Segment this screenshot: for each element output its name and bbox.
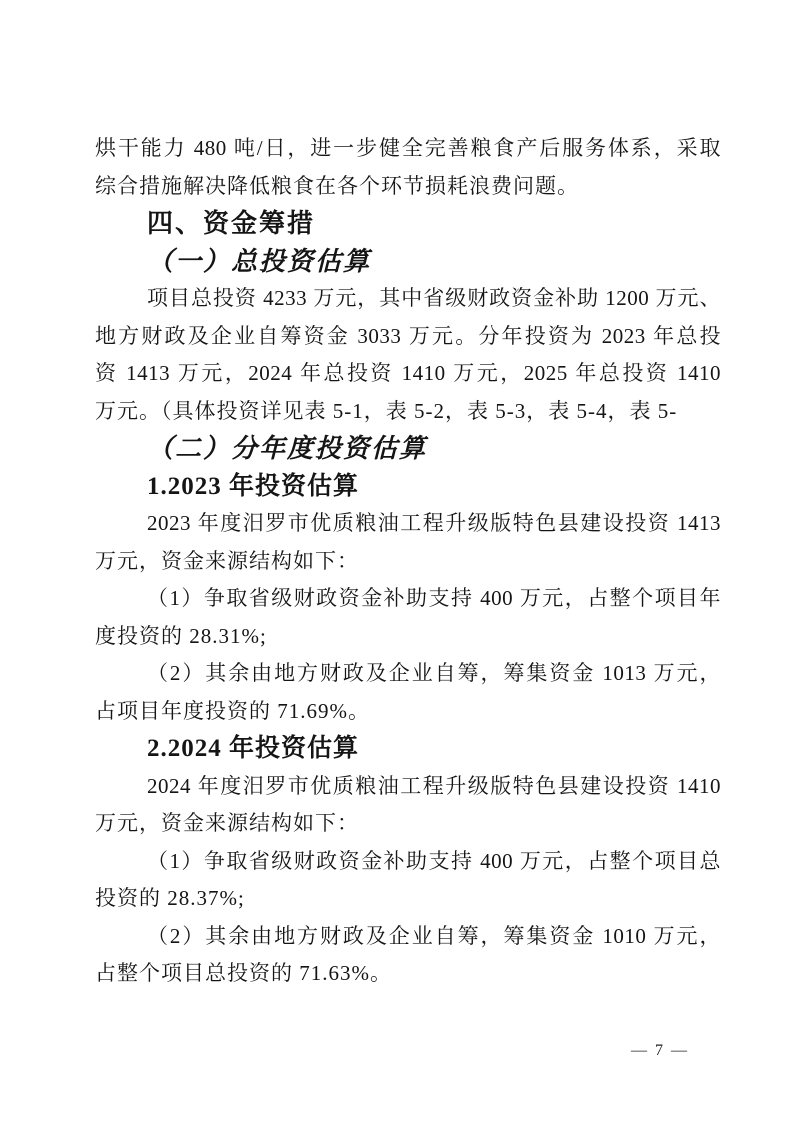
- body-paragraph: （1）争取省级财政资金补助支持 400 万元，占整个项目总投资的 28.37%;: [95, 843, 721, 918]
- text-line: 万元。（具体投资详见表 5-1，表 5-2，表 5-3，表 5-4，表 5-5）…: [95, 393, 721, 431]
- text-line: 2023 年度汨罗市优质粮油工程升级版特色县建设投资 1413: [95, 505, 721, 543]
- text-line: 投资的 28.37%;: [95, 880, 721, 918]
- body-paragraph: 项目总投资 4233 万元，其中省级财政资金补助 1200 万元、地方财政及企业…: [95, 280, 721, 430]
- document-page: 烘干能力 480 吨/日，进一步健全完善粮食产后服务体系，采取综合措施解决降低粮…: [0, 0, 793, 1122]
- text-line: 项目总投资 4233 万元，其中省级财政资金补助 1200 万元、: [95, 280, 721, 318]
- text-line: （1）争取省级财政资金补助支持 400 万元，占整个项目年: [95, 580, 721, 618]
- body-paragraph: 烘干能力 480 吨/日，进一步健全完善粮食产后服务体系，采取综合措施解决降低粮…: [95, 130, 721, 205]
- clause-heading: 2.2024 年投资估算: [95, 730, 721, 768]
- subsection-heading: （一）总投资估算: [95, 243, 721, 281]
- text-line: 度投资的 28.31%;: [95, 618, 721, 656]
- document-body: 烘干能力 480 吨/日，进一步健全完善粮食产后服务体系，采取综合措施解决降低粮…: [95, 130, 721, 993]
- text-line: 综合措施解决降低粮食在各个环节损耗浪费问题。: [95, 168, 721, 206]
- text-line: （1）争取省级财政资金补助支持 400 万元，占整个项目总: [95, 843, 721, 881]
- text-line: 占整个项目总投资的 71.63%。: [95, 955, 721, 993]
- text-line: （2）其余由地方财政及企业自筹，筹集资金 1010 万元，: [95, 918, 721, 956]
- section-heading: 四、资金筹措: [95, 205, 721, 243]
- subsection-heading: （二）分年度投资估算: [95, 430, 721, 468]
- text-line: 2.2024 年投资估算: [95, 730, 721, 768]
- page-number: — 7 —: [631, 1042, 689, 1059]
- text-line: 2024 年度汨罗市优质粮油工程升级版特色县建设投资 1410: [95, 768, 721, 806]
- body-paragraph: （2）其余由地方财政及企业自筹，筹集资金 1013 万元，占项目年度投资的 71…: [95, 655, 721, 730]
- body-paragraph: （1）争取省级财政资金补助支持 400 万元，占整个项目年度投资的 28.31%…: [95, 580, 721, 655]
- text-line: 烘干能力 480 吨/日，进一步健全完善粮食产后服务体系，采取: [95, 130, 721, 168]
- text-line: 万元，资金来源结构如下：: [95, 805, 721, 843]
- text-line: 占项目年度投资的 71.69%。: [95, 693, 721, 731]
- text-line: （2）其余由地方财政及企业自筹，筹集资金 1013 万元，: [95, 655, 721, 693]
- body-paragraph: 2023 年度汨罗市优质粮油工程升级版特色县建设投资 1413万元，资金来源结构…: [95, 505, 721, 580]
- text-line: （一）总投资估算: [95, 243, 721, 281]
- clause-heading: 1.2023 年投资估算: [95, 468, 721, 506]
- body-paragraph: 2024 年度汨罗市优质粮油工程升级版特色县建设投资 1410万元，资金来源结构…: [95, 768, 721, 843]
- page-footer: — 7 —: [631, 1038, 689, 1064]
- text-line: 地方财政及企业自筹资金 3033 万元。分年投资为 2023 年总投: [95, 318, 721, 356]
- text-line: 四、资金筹措: [95, 205, 721, 243]
- text-line: 资 1413 万元，2024 年总投资 1410 万元，2025 年总投资 14…: [95, 355, 721, 393]
- body-paragraph: （2）其余由地方财政及企业自筹，筹集资金 1010 万元，占整个项目总投资的 7…: [95, 918, 721, 993]
- text-line: 万元，资金来源结构如下：: [95, 543, 721, 581]
- text-line: 1.2023 年投资估算: [95, 468, 721, 506]
- text-line: （二）分年度投资估算: [95, 430, 721, 468]
